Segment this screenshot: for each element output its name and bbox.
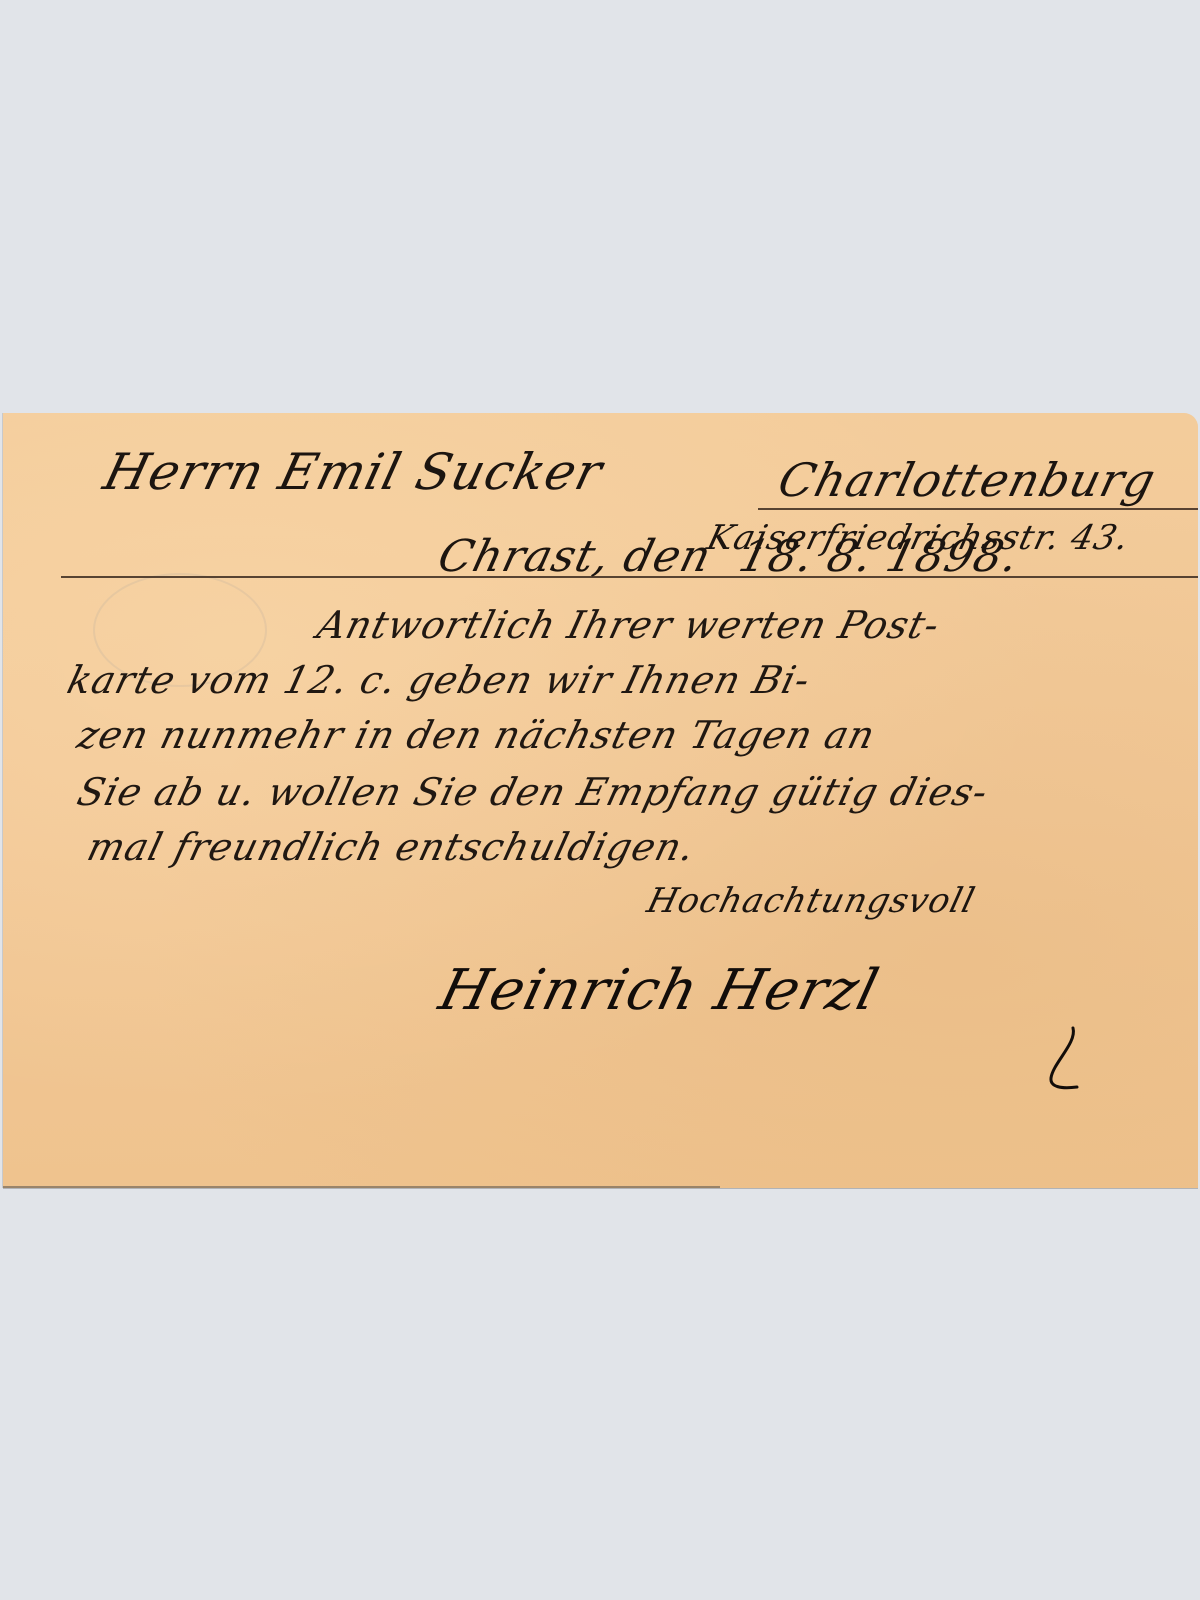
body-line: Antwortlich Ihrer werten Post-: [313, 603, 945, 647]
recipient-city: Charlottenburg: [773, 453, 1161, 507]
recipient-name: Herrn Emil Sucker: [98, 443, 609, 501]
closing-phrase: Hochachtungsvoll: [643, 881, 979, 921]
body-line: Sie ab u. wollen Sie den Empfang gütig d…: [73, 770, 993, 814]
dateline-date: 18. 8. 1898.: [734, 531, 1025, 582]
dateline-place: Chrast, den: [433, 531, 717, 582]
signature-flourish-icon: [1043, 1023, 1083, 1093]
address-rule-upper: [758, 508, 1198, 510]
body-line: zen nunmehr in den nächsten Tagen an: [73, 713, 880, 757]
postcard: Herrn Emil Sucker Charlottenburg Kaiserf…: [3, 413, 1198, 1188]
body-line: karte vom 12. c. geben wir Ihnen Bi-: [63, 658, 815, 702]
dateline: Chrast, den18. 8. 1898.: [433, 531, 1025, 582]
card-edge-shadow: [3, 1186, 720, 1188]
signature: Heinrich Herzl: [433, 958, 885, 1023]
address-rule-lower: [61, 576, 1198, 578]
body-line: mal freundlich entschuldigen.: [83, 825, 700, 869]
